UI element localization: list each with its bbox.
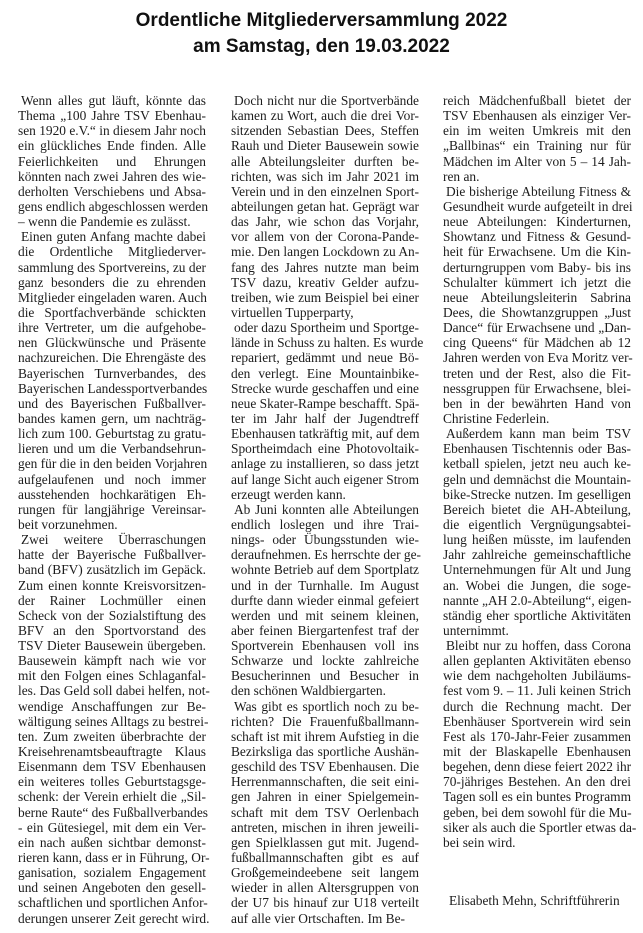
text-line: antreten, mischen in ihren jeweili- <box>231 820 419 835</box>
text-line: ausstehenden hochkarätigen Eh- <box>18 487 206 502</box>
text-line: aufgelaufenen und noch immer <box>18 472 206 487</box>
text-line: „Ballbinas“ ein Training nur für <box>443 138 631 153</box>
text-line: neue Abteilungen: Kinderturnen, <box>443 214 631 229</box>
text-line: bike-Strecke nutzen. Im geselligen <box>443 487 631 502</box>
text-line: allen geplanten Aktivitäten ebenso <box>443 653 631 668</box>
text-line: Bayerischen Landessportverbandes <box>18 381 206 396</box>
text-line: heit für Erwachsene. Um die Kin- <box>443 244 631 259</box>
text-line: fußballmannschaften gibt es auf <box>231 850 419 865</box>
text-line: Zwei weitere Überraschungen <box>18 532 206 547</box>
text-line: fest vom 9. – 11. Juli keinen Strich <box>443 683 631 698</box>
text-line: durfte dann wieder einmal gefeiert <box>231 593 419 608</box>
text-line: neue Skater-Rampe beschafft. Spä- <box>231 396 419 411</box>
text-line: Unternehmungen für Alt und Jung <box>443 562 631 577</box>
text-line: derturngruppen vom Baby- bis ins <box>443 260 631 275</box>
text-line: und in der Turnhalle. Im August <box>231 578 419 593</box>
text-line: Mitglieder eingeladen waren. Auch <box>18 290 206 305</box>
text-line: bandes kamen gern, um nachträg- <box>18 411 206 426</box>
text-line: Gesundheit wurde aufgeteilt in drei <box>443 199 631 214</box>
text-line: Ebenhausen Tischtennis oder Bas- <box>443 441 631 456</box>
text-line: cing Queens“ für Mädchen ab 12 <box>443 335 631 350</box>
text-line: Wenn alles gut läuft, könnte das <box>18 93 206 108</box>
text-line: die Ordentliche Mitgliederver- <box>18 244 206 259</box>
text-line: Dees, die Showtanzgruppen „Just <box>443 305 631 320</box>
text-line: treten und der Rest, also die Fit- <box>443 366 631 381</box>
text-line: und seinen Angeboten den gesell- <box>18 880 206 895</box>
text-line: fang des Jahres nutzte man beim <box>231 260 419 275</box>
text-line: Fest als 170-Jahr-Feier zusammen <box>443 729 631 744</box>
text-line: vor allem von der Corona-Pande- <box>231 229 419 244</box>
text-line: sitzenden Sebastian Dees, Steffen <box>231 123 419 138</box>
text-line: auf alle vier Ortschaften. Im Be- <box>231 911 419 926</box>
text-line: ketball spielen, jetzt neu auch ke- <box>443 456 631 471</box>
text-line: der Rainer Lochmüller einen <box>18 593 206 608</box>
text-line: könnten nach zwei Jahren des wie- <box>18 169 206 184</box>
text-line: gen Spielklassen gut mit. Jugend- <box>231 835 419 850</box>
text-line: lände in Schuss zu halten. Es wurde <box>231 335 419 350</box>
text-line: virtuellen Tupperparty, <box>231 305 419 320</box>
text-line: rungen für langjährige Vereinsar- <box>18 502 206 517</box>
text-line: neue Abteilungsleiterin Sabrina <box>443 290 631 305</box>
text-line: lich zum 100. Geburtstag zu gratu- <box>18 426 206 441</box>
text-line: Bayerischen Turnverbandes, des <box>18 366 206 381</box>
text-line: Rauh und Dieter Bausewein sowie <box>231 138 419 153</box>
text-line: die eigentlich Vergnügungsabtei- <box>443 517 631 532</box>
text-line: endlich loslegen und ihre Trai- <box>231 517 419 532</box>
text-line: wie dem nachgeholten Jubiläums- <box>443 668 631 683</box>
text-line: nannte „AH 2.0-Abteilung“, eigen- <box>443 593 631 608</box>
text-line: Verein und in den einzelnen Sport- <box>231 184 419 199</box>
text-line: Bleibt nur zu hoffen, dass Corona <box>443 638 631 653</box>
text-line: werden und mit seinem kleinen, <box>231 608 419 623</box>
text-line: und des Bayerischen Fußballver- <box>18 396 206 411</box>
text-line: erzeugt werden kann. <box>231 487 419 502</box>
text-line: aber feinen Biergartenfest traf der <box>231 623 419 638</box>
text-line: Eisenmann dem TSV Ebenhausen <box>18 759 206 774</box>
text-line: geschild des TSV Ebenhausen. Die <box>231 759 419 774</box>
text-line: schaft mit dem TSV Oerlenbach <box>231 805 419 820</box>
text-line: Strecke wurde geschaffen und eine <box>231 381 419 396</box>
text-line: Mädchen im Alter von 5 – 14 Jah- <box>443 154 631 169</box>
text-line: mit der Blaskapelle Ebenhausen <box>443 744 631 759</box>
text-line: geln und demnächst die Mountain- <box>443 472 631 487</box>
text-line: siker als auch die Sportler etwas da- <box>443 820 631 835</box>
text-line: Besucherinnen und Besucher in <box>231 668 419 683</box>
text-line: Sportverein Ebenhausen voll ins <box>231 638 419 653</box>
text-line: Jahr zahlreiche gemeinschaftliche <box>443 547 631 562</box>
text-line: wieder in allen Altersgruppen von <box>231 880 419 895</box>
text-line: gens endlich abgeschlossen werden <box>18 199 206 214</box>
text-line: den schönen Waldbiergarten. <box>231 683 419 698</box>
text-line: repariert, gedämmt und neue Bö- <box>231 350 419 365</box>
text-line: Christine Federlein. <box>443 411 631 426</box>
text-line: ganz besonders die zu ehrenden <box>18 275 206 290</box>
text-line: wohnte Betrieb auf dem Sportplatz <box>231 562 419 577</box>
text-line: TSV Dieter Bausewein übergeben. <box>18 638 206 653</box>
text-line: gen Jahren in einer Spielgemein- <box>231 789 419 804</box>
text-line: Die bisherige Abteilung Fitness & <box>443 184 631 199</box>
text-line: wältigung seines Alltags zu bestrei- <box>18 714 206 729</box>
text-line: Kreisehrenamtsbeauftragte Klaus <box>18 744 206 759</box>
text-line: richten? Die Frauenfußballmann- <box>231 714 419 729</box>
text-line: TSV Ebenhausen als einziger Ver- <box>443 108 631 123</box>
text-line: auf lange Sicht auch eigener Strom <box>231 472 419 487</box>
text-line: oder dazu Sportheim und Sportge- <box>231 320 419 335</box>
article-column-middle: Doch nicht nur die Sportverbändekamen zu… <box>231 93 419 926</box>
text-line: ständig eher sportliche Aktivitäten <box>443 608 631 623</box>
text-line: Sportheimdach eine Photovoltaik- <box>231 441 419 456</box>
text-line: Bausewein kämpft nach wie vor <box>18 653 206 668</box>
text-line: anlage zu installieren, so dass jetzt <box>231 456 419 471</box>
text-line: Schulalter kümmert ich jetzt die <box>443 275 631 290</box>
text-line: alle Abteilungsleiter durften be- <box>231 154 419 169</box>
text-line: kamen zu Wort, auch die drei Vor- <box>231 108 419 123</box>
text-line: Scheck von der Sozialstiftung des <box>18 608 206 623</box>
text-line: der U7 bis hinauf zur U18 verteilt <box>231 895 419 910</box>
text-line: richten, was sich im Jahr 2021 im <box>231 169 419 184</box>
text-line: schaftlichen und sportlichen Anfor- <box>18 895 206 910</box>
text-line: treiben, wie zum Beispiel bei einer <box>231 290 419 305</box>
text-line: ein nach außen sichtbar demonst- <box>18 835 206 850</box>
text-line: Doch nicht nur die Sportverbände <box>231 93 419 108</box>
text-line: mie. Den langen Lockdown zu An- <box>231 244 419 259</box>
text-line: Showtanz und Fitness & Gesund- <box>443 229 631 244</box>
text-line: durch die Rechnung macht. Der <box>443 699 631 714</box>
text-line: ten. Zum zweiten überbrachte der <box>18 729 206 744</box>
text-line: Herrenmannschaften, die seit eini- <box>231 774 419 789</box>
text-line: ganisation, sozialem Engagement <box>18 865 206 880</box>
text-line: die Sportfachverbände schickten <box>18 305 206 320</box>
text-line: unternimmt. <box>443 623 631 638</box>
author-signature: Elisabeth Mehn, Schriftführerin <box>449 893 639 908</box>
text-line: begehen, denn diese feiert 2022 ihr <box>443 759 631 774</box>
article-column-left: Wenn alles gut läuft, könnte dasThema „1… <box>18 93 206 926</box>
text-line: Was gibt es sportlich noch zu be- <box>231 699 419 714</box>
text-line: schaft ist mit ihrem Aufstieg in die <box>231 729 419 744</box>
text-line: bei sein wird. <box>443 835 631 850</box>
text-line: nings- oder Übungsstunden wie- <box>231 532 419 547</box>
text-line: - ein Gütesiegel, mit dem ein Ver- <box>18 820 206 835</box>
text-line: nachzureichen. Die Ehrengäste des <box>18 350 206 365</box>
text-line: Ebenhäuser Sportverein wird sein <box>443 714 631 729</box>
text-line: hatte der Bayerische Fußballver- <box>18 547 206 562</box>
text-line: geben, bei dem sowohl für die Mu- <box>443 805 631 820</box>
page-subtitle-date: am Samstag, den 19.03.2022 <box>0 34 643 60</box>
text-line: BFV an den Sportvorstand des <box>18 623 206 638</box>
text-line: deraufnehmen. Es herrschte der ge- <box>231 547 419 562</box>
text-line: reich Mädchenfußball bietet der <box>443 93 631 108</box>
text-line: ihre Vertreter, um die aufgehobe- <box>18 320 206 335</box>
text-line: Thema „100 Jahre TSV Ebenhau- <box>18 108 206 123</box>
text-line: TSV dazu, kreativ Gelder aufzu- <box>231 275 419 290</box>
text-line: derholten Verschiebens und Absa- <box>18 184 206 199</box>
text-line: Bereich bietet die AH-Abteilung, <box>443 502 631 517</box>
page-title: Ordentliche Mitgliederversammlung 2022 <box>0 8 643 34</box>
article-column-right: reich Mädchenfußball bietet derTSV Ebenh… <box>443 93 631 850</box>
text-line: Bezirksliga das sportliche Aushän- <box>231 744 419 759</box>
text-line: Einen guten Anfang machte dabei <box>18 229 206 244</box>
text-line: – wenn die Pandemie es zulässt. <box>18 214 206 229</box>
text-line: an. Wobei die Jungen, die soge- <box>443 578 631 593</box>
text-line: Dance“ für Erwachsene und „Dan- <box>443 320 631 335</box>
text-line: lung heißen müsste, im laufenden <box>443 532 631 547</box>
text-line: ein glückliches Ende finden. Alle <box>18 138 206 153</box>
text-line: berne Raute“ des Fußballverbandes <box>18 805 206 820</box>
text-line: abteilungen getan hat. Geprägt war <box>231 199 419 214</box>
text-line: band (BFV) zusätzlich im Gepäck. <box>18 562 206 577</box>
text-line: ein im weiten Umkreis mit den <box>443 123 631 138</box>
text-line: gen für die in den beiden Vorjahren <box>18 456 206 471</box>
text-line: nessgruppen für Erwachsene, blei- <box>443 381 631 396</box>
text-line: Ab Juni konnten alle Abteilungen <box>231 502 419 517</box>
text-line: les. Das Geld soll dabei helfen, not- <box>18 683 206 698</box>
text-line: lieren und um die Verbandsehrun- <box>18 441 206 456</box>
text-line: nen Glückwünsche und Präsente <box>18 335 206 350</box>
text-line: das Jahr, wie schon das Vorjahr, <box>231 214 419 229</box>
text-line: derungen unserer Zeit gerecht wird. <box>18 911 206 926</box>
text-line: Außerdem kann man beim TSV <box>443 426 631 441</box>
text-line: Tagen soll es ein buntes Programm <box>443 789 631 804</box>
text-line: den verlegt. Eine Mountainbike- <box>231 366 419 381</box>
text-line: ben in der bewährten Hand von <box>443 396 631 411</box>
text-line: mit den Folgen eines Schlaganfal- <box>18 668 206 683</box>
text-line: ter im Jahr half der Jugendtreff <box>231 411 419 426</box>
text-line: rieren kann, dass er in Führung, Or- <box>18 850 206 865</box>
text-line: 70-jähriges Bestehen. An den drei <box>443 774 631 789</box>
text-line: Großgemeindeebene seit langem <box>231 865 419 880</box>
text-line: wendige Anschaffungen zur Be- <box>18 699 206 714</box>
text-line: Zum einen konnte Kreisvorsitzen- <box>18 578 206 593</box>
text-line: ein weiteres tolles Geburtstagsge- <box>18 774 206 789</box>
text-line: ren an. <box>443 169 631 184</box>
text-line: Feierlichkeiten und Ehrungen <box>18 154 206 169</box>
text-line: sammlung des Sportvereins, zu der <box>18 260 206 275</box>
text-line: Jahren werden von Eva Moritz ver- <box>443 350 631 365</box>
text-line: schenk: der Verein erhielt die „Sil- <box>18 789 206 804</box>
text-line: Ebenhausen tatkräftig mit, auf dem <box>231 426 419 441</box>
text-line: Schwarze und lockte zahlreiche <box>231 653 419 668</box>
text-line: beit vorzunehmen. <box>18 517 206 532</box>
text-line: sen 1920 e.V.“ in diesem Jahr noch <box>18 123 206 138</box>
